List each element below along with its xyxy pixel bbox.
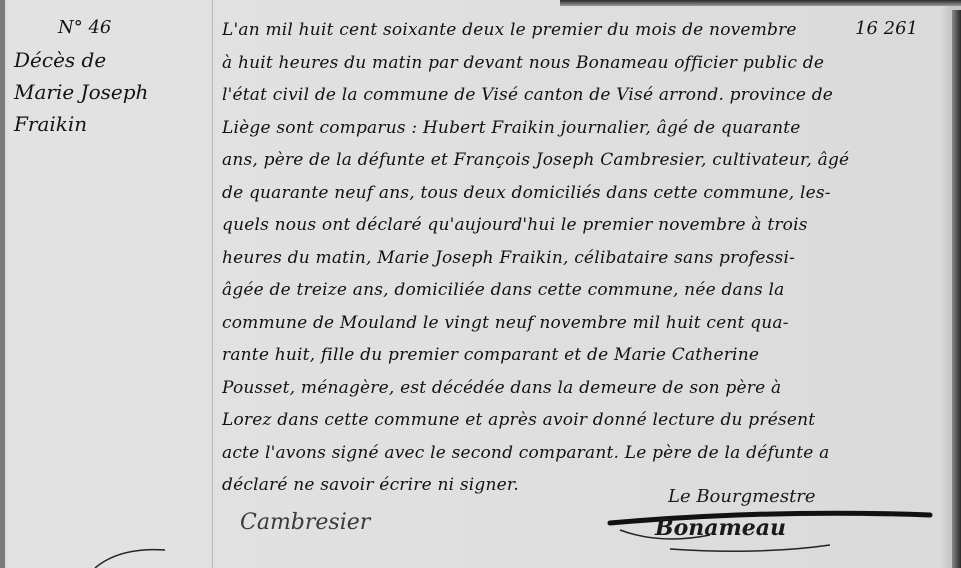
body-line: quels nous ont déclaré qu'aujourd'hui le… (222, 209, 947, 242)
body-line: Liège sont comparus : Hubert Fraikin jou… (222, 112, 947, 145)
margin-rule (212, 0, 213, 568)
page-left-edge (0, 0, 5, 568)
officer-title: Le Bourgmestre (668, 486, 816, 507)
body-line: Pousset, ménagère, est décédée dans la d… (222, 372, 947, 405)
body-line: à huit heures du matin par devant nous B… (222, 47, 947, 80)
margin-annotation: N° 46 Décès de Marie Joseph Fraikin (14, 12, 204, 140)
page-top-edge (560, 0, 961, 6)
margin-line-2: Marie Joseph (14, 76, 204, 108)
body-line: rante huit, fille du premier comparant e… (222, 339, 947, 372)
record-body: L'an mil huit cent soixante deux le prem… (222, 14, 947, 502)
document-page: N° 46 Décès de Marie Joseph Fraikin 16 2… (0, 0, 961, 568)
margin-line-1: Décès de (14, 44, 204, 76)
body-line: Lorez dans cette commune et après avoir … (222, 404, 947, 437)
body-line: heures du matin, Marie Joseph Fraikin, c… (222, 242, 947, 275)
body-line: âgée de treize ans, domiciliée dans cett… (222, 274, 947, 307)
body-line: commune de Mouland le vingt neuf novembr… (222, 307, 947, 340)
witness-signature: Cambresier (240, 510, 370, 535)
margin-line-3: Fraikin (14, 108, 204, 140)
body-line: ans, père de la défunte et François Jose… (222, 144, 947, 177)
record-number: N° 46 (14, 12, 204, 44)
body-line: l'état civil de la commune de Visé canto… (222, 79, 947, 112)
margin-flourish (90, 545, 170, 568)
body-line: L'an mil huit cent soixante deux le prem… (222, 14, 947, 47)
body-line: acte l'avons signé avec le second compar… (222, 437, 947, 470)
body-line: de quarante neuf ans, tous deux domicili… (222, 177, 947, 210)
body-line: déclaré ne savoir écrire ni signer. (222, 469, 947, 502)
page-right-edge (952, 10, 961, 568)
officer-signature: Bonameau (655, 515, 786, 541)
